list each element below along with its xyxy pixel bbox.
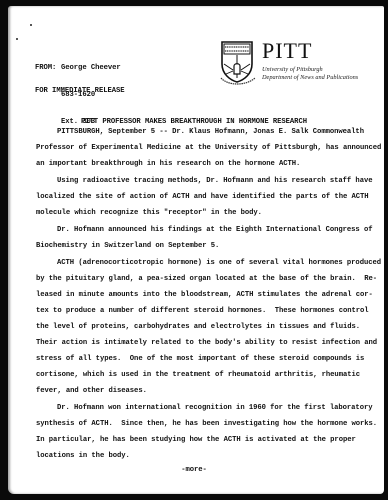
body-line: molecule which recognize this "receptor"…	[36, 209, 262, 217]
continuation-marker: -more-	[0, 466, 388, 474]
headline: PITT PROFESSOR MAKES BREAKTHROUGH IN HOR…	[0, 118, 388, 126]
press-release-page: FROM: George Cheever 683-1620 Ext. 303 F…	[8, 6, 384, 494]
body-line: by the pituitary gland, a pea-sized orga…	[36, 275, 377, 283]
body-line: ACTH (adrenocorticotropic hormone) is on…	[57, 259, 381, 267]
pitt-wordmark: PITT	[262, 40, 312, 62]
body-line: fever, and other diseases.	[36, 387, 147, 395]
body-line: Dr. Hofmann won international recognitio…	[57, 404, 372, 412]
body-line: Professor of Experimental Medicine at th…	[36, 144, 381, 152]
department-name: Department of News and Publications	[262, 74, 358, 81]
body-line: cortisone, which is used in the treatmen…	[36, 371, 360, 379]
body-line: Biochemistry in Switzerland on September…	[36, 242, 219, 250]
scan-speck	[30, 24, 32, 26]
body-line: an important breakthrough in his researc…	[36, 160, 300, 168]
from-label: FROM:	[35, 64, 61, 73]
university-shield-icon	[218, 40, 258, 86]
body-line: Using radioactive tracing methods, Dr. H…	[57, 177, 372, 185]
body-line: tex to produce a number of different ste…	[36, 307, 369, 315]
body-line: In particular, he has been studying how …	[36, 436, 356, 444]
release-note: FOR IMMEDIATE RELEASE	[35, 87, 125, 95]
body-line: Dr. Hofmann announced his findings at th…	[57, 226, 372, 234]
body-line: the level of proteins, carbohydrates and…	[36, 323, 360, 331]
body-line: synthesis of ACTH. Since then, he has be…	[36, 420, 377, 428]
body-line: localized the site of action of ACTH and…	[36, 193, 369, 201]
university-name: University of Pittsburgh	[262, 66, 323, 73]
body-line: locations in the body.	[36, 452, 130, 460]
body-line: PITTSBURGH, September 5 -- Dr. Klaus Hof…	[57, 128, 364, 136]
scan-speck	[16, 38, 18, 40]
contact-name: George Cheever	[61, 64, 121, 73]
body-line: stress of all types. One of the most imp…	[36, 355, 364, 363]
body-line: leased in minute amounts into the bloods…	[36, 291, 373, 299]
body-line: Their action is intimately related to th…	[36, 339, 377, 347]
letterhead: PITT University of Pittsburgh Department…	[218, 40, 388, 90]
scanned-document: FROM: George Cheever 683-1620 Ext. 303 F…	[0, 0, 388, 500]
